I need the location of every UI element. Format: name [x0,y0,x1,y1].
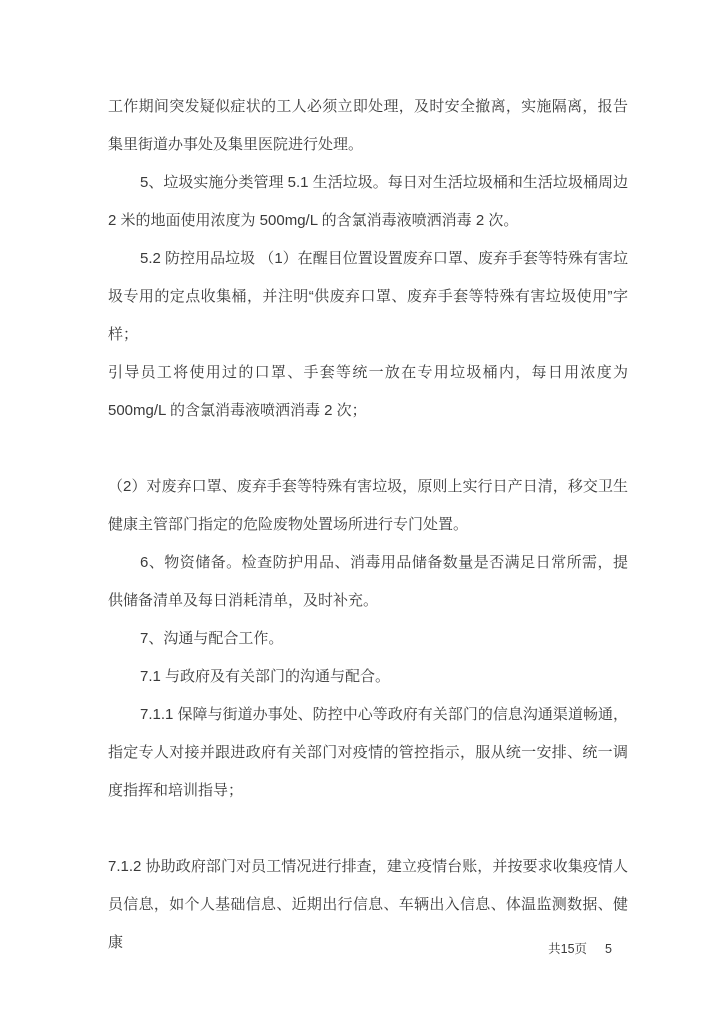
paragraph-continuation: 工作期间突发疑似症状的工人必须立即处理，及时安全撤离，实施隔离，报告集里街道办事… [108,88,628,164]
blank-line [108,810,628,848]
blank-line [108,430,628,468]
paragraph-section-7-1-1: 7.1.1 保障与街道办事处、防控中心等政府有关部门的信息沟通渠道畅通，指定专人… [108,696,628,810]
document-viewport: { "document": { "paragraphs": [ { "text"… [0,0,720,1020]
page-count-label: 共15页 [548,942,587,956]
paragraph-section-6: 6、物资储备。检查防护用品、消毒用品储备数量是否满足日常所需，提供储备清单及每日… [108,544,628,620]
paragraph-guidance: 引导员工将使用过的口罩、手套等统一放在专用垃圾桶内，每日用浓度为 500mg/L… [108,354,628,430]
page-number: 5 [605,941,612,957]
document-page: 工作期间突发疑似症状的工人必须立即处理，及时安全撤离，实施隔离，报告集里街道办事… [0,0,720,1020]
paragraph-section-5: 5、垃圾实施分类管理 5.1 生活垃圾。每日对生活垃圾桶和生活垃圾桶周边 2 米… [108,164,628,240]
page-footer: 共15页5 [548,941,612,957]
page-body: 工作期间突发疑似症状的工人必须立即处理，及时安全撤离，实施隔离，报告集里街道办事… [108,88,628,962]
paragraph-section-7: 7、沟通与配合工作。 [108,620,628,658]
paragraph-item-2: （2）对废弃口罩、废弃手套等特殊有害垃圾，原则上实行日产日清，移交卫生健康主管部… [108,468,628,544]
paragraph-section-5-2: 5.2 防控用品垃圾 （1）在醒目位置设置废弃口罩、废弃手套等特殊有害垃圾专用的… [108,240,628,354]
paragraph-section-7-1: 7.1 与政府及有关部门的沟通与配合。 [108,658,628,696]
